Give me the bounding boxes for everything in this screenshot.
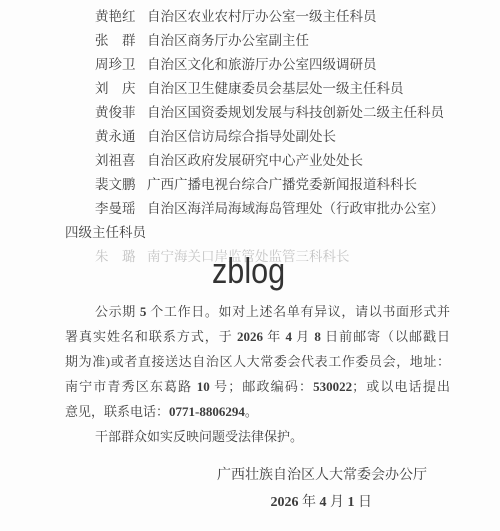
signature-org: 广西壮族自治区人大常委会办公厅 xyxy=(65,465,450,487)
person-title: 广西广播电视台综合广播党委新闻报道科科长 xyxy=(147,177,417,192)
person-name: 裴文鹏 xyxy=(95,173,140,197)
roster-row-continuation: 四级主任科员 xyxy=(65,221,450,245)
notice-line: 意见，联系电话：0771-8806294。 xyxy=(65,399,450,424)
notice-line: 南宁市青秀区东葛路 10 号；邮政编码：530022；或以电话提出 xyxy=(65,374,450,399)
person-title: 自治区信访局综合指导处副处长 xyxy=(147,129,336,144)
document-content: 黄艳红自治区农业农村厅办公室一级主任科员 张 群自治区商务厅办公室副主任 周珍卫… xyxy=(0,0,500,515)
roster-row: 黄永通自治区信访局综合指导处副处长 xyxy=(65,125,450,149)
document-page: 黄艳红自治区农业农村厅办公室一级主任科员 张 群自治区商务厅办公室副主任 周珍卫… xyxy=(0,0,500,531)
person-name: 周珍卫 xyxy=(95,53,140,77)
person-name: 刘 庆 xyxy=(95,77,140,101)
notice-line: 署真实姓名和联系方式，于 2026 年 4 月 8 日前邮寄（以邮戳日 xyxy=(65,324,450,349)
signature-block: 广西壮族自治区人大常委会办公厅 2026 年 4 月 1 日 xyxy=(65,465,450,515)
roster-row: 裴文鹏广西广播电视台综合广播党委新闻报道科科长 xyxy=(65,173,450,197)
roster-row: 张 群自治区商务厅办公室副主任 xyxy=(65,29,450,53)
person-name: 李曼瑶 xyxy=(95,197,140,221)
person-name: 黄永通 xyxy=(95,125,140,149)
person-title: 自治区卫生健康委员会基层处一级主任科员 xyxy=(147,81,404,96)
legal-protection-line: 干部群众如实反映问题受法律保护。 xyxy=(65,424,450,449)
person-name: 张 群 xyxy=(95,29,140,53)
notice-paragraph: 公示期 5 个工作日。如对上述名单有异议，请以书面形式并 署真实姓名和联系方式，… xyxy=(65,299,450,449)
roster-row: 黄俊菲自治区国资委规划发展与科技创新处二级主任科员 xyxy=(65,101,450,125)
person-name: 黄俊菲 xyxy=(95,101,140,125)
person-title: 自治区商务厅办公室副主任 xyxy=(147,33,309,48)
roster-row: 黄艳红自治区农业农村厅办公室一级主任科员 xyxy=(65,5,450,29)
person-title: 自治区海洋局海域海岛管理处（行政审批办公室） xyxy=(147,201,444,216)
signature-date: 2026 年 4 月 1 日 xyxy=(65,491,450,515)
person-name: 黄艳红 xyxy=(95,5,140,29)
person-name: 刘祖喜 xyxy=(95,149,140,173)
person-title: 自治区国资委规划发展与科技创新处二级主任科员 xyxy=(147,105,444,120)
roster-row: 刘祖喜自治区政府发展研究中心产业处处长 xyxy=(65,149,450,173)
notice-line: 期为准)或者直接送达自治区人大常委会代表工作委员会，地址： xyxy=(65,349,450,374)
notice-line: 公示期 5 个工作日。如对上述名单有异议，请以书面形式并 xyxy=(65,299,450,324)
roster-row: 周珍卫自治区文化和旅游厅办公室四级调研员 xyxy=(65,53,450,77)
roster-row: 刘 庆自治区卫生健康委员会基层处一级主任科员 xyxy=(65,77,450,101)
person-title: 自治区政府发展研究中心产业处处长 xyxy=(147,153,363,168)
person-title: 南宁海关口岸监管处监管三科科长 xyxy=(147,249,350,264)
person-name: 朱 璐 xyxy=(95,245,140,269)
roster-row-faded: 朱 璐南宁海关口岸监管处监管三科科长 xyxy=(65,245,450,269)
roster-row: 李曼瑶自治区海洋局海域海岛管理处（行政审批办公室） xyxy=(65,197,450,221)
person-title: 自治区农业农村厅办公室一级主任科员 xyxy=(147,9,377,24)
appointee-roster: 黄艳红自治区农业农村厅办公室一级主任科员 张 群自治区商务厅办公室副主任 周珍卫… xyxy=(65,5,450,269)
person-title: 自治区文化和旅游厅办公室四级调研员 xyxy=(147,57,377,72)
